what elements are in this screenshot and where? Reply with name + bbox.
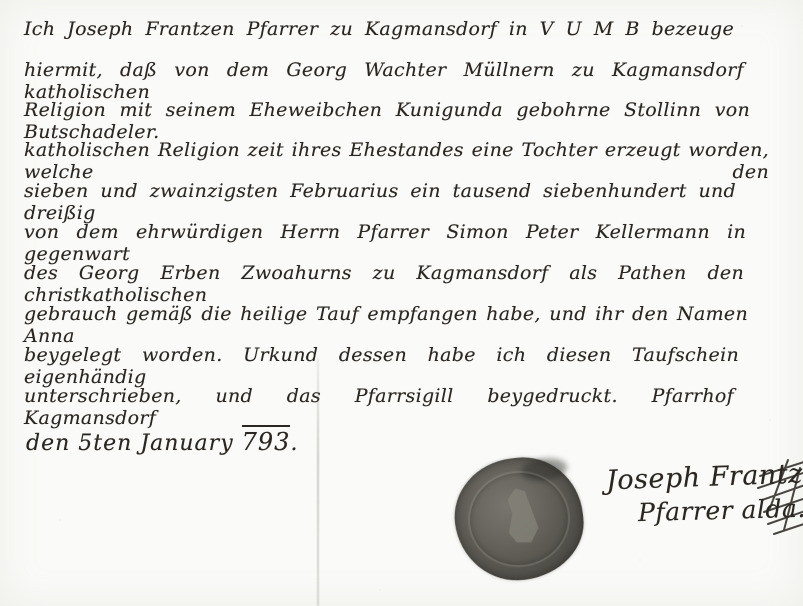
manuscript-line: gebrauch gemäß die heilige Tauf empfange… (24, 303, 748, 345)
manuscript-line: sieben und zwainzigsten Februarius ein t… (24, 180, 736, 222)
manuscript-line: Religion mit seinem Eheweibchen Kunigund… (24, 99, 750, 141)
manuscript-line: katholischen Religion zeit ihres Ehestan… (24, 139, 769, 181)
manuscript-line: beygelegt worden. Urkund dessen habe ich… (24, 344, 739, 386)
date-text: den 5ten January (26, 431, 242, 456)
signature-title: Pfarrer alda. (638, 494, 803, 527)
manuscript-line: Ich Joseph Frantzen Pfarrer zu Kagmansdo… (24, 18, 734, 60)
wax-seal-stamp (448, 451, 590, 588)
date-line: den 5ten January 793. (26, 428, 298, 456)
manuscript-line: von dem ehrwürdigen Herrn Pfarrer Simon … (24, 221, 746, 263)
manuscript-line: unterschrieben, und das Pfarrsigill beyg… (24, 385, 734, 427)
date-period: . (290, 431, 298, 456)
paper-fold-crease (317, 358, 319, 606)
date-year: 793 (242, 425, 291, 456)
signature-block: Joseph Frantzen Pfarrer alda. (606, 462, 802, 525)
manuscript-line: hiermit, daß von dem Georg Wachter Mülln… (24, 59, 744, 101)
scanned-document-page: Ich Joseph Frantzen Pfarrer zu Kagmansdo… (0, 0, 803, 606)
manuscript-line: des Georg Erben Zwoahurns zu Kagmansdorf… (24, 262, 744, 304)
